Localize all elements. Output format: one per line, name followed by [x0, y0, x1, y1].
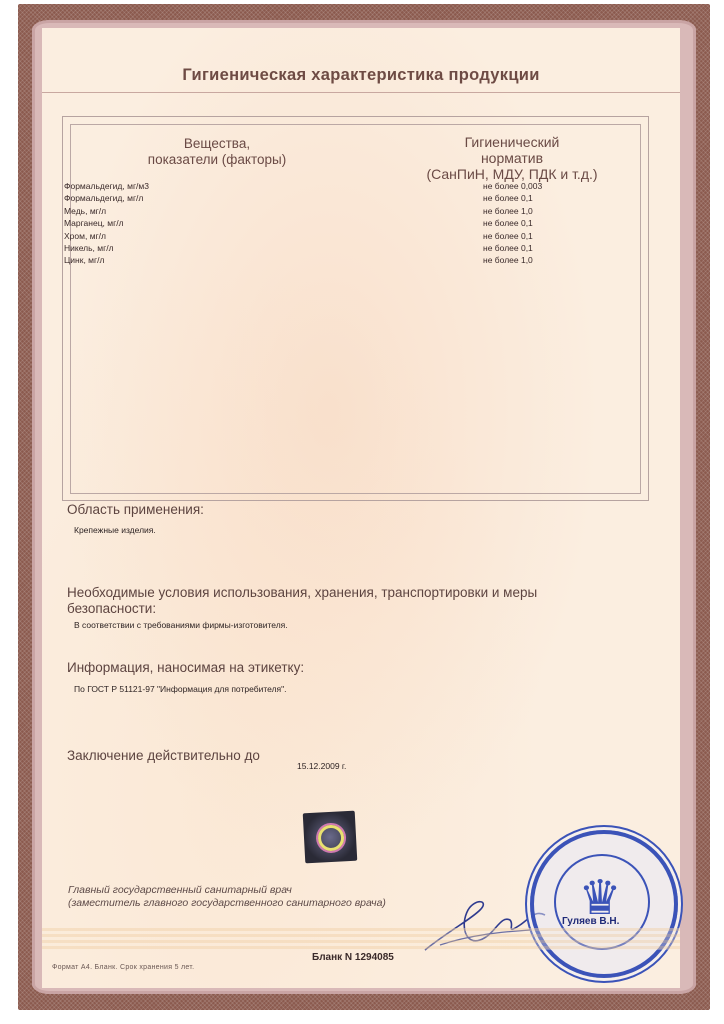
label-info-label: Информация, наносимая на этикетку: — [67, 660, 587, 676]
table-row-substance: Марганец, мг/л — [64, 217, 149, 229]
table-row-norm: не более 1,0 — [483, 205, 542, 217]
signer-title: Главный государственный санитарный врач … — [68, 884, 386, 910]
title-divider — [42, 92, 680, 93]
table-row-norm: не более 0,1 — [483, 217, 542, 229]
scope-value: Крепежные изделия. — [74, 525, 156, 535]
table-row-norm: не более 0,1 — [483, 230, 542, 242]
official-seal: ♛ — [530, 830, 678, 978]
validity-date: 15.12.2009 г. — [297, 761, 346, 771]
format-note: Формат А4. Бланк. Срок хранения 5 лет. — [52, 964, 194, 971]
table-row-norm: не более 0,003 — [483, 180, 542, 192]
signer-name: Гуляев В.Н. — [562, 916, 619, 927]
table-row-substance: Никель, мг/л — [64, 242, 149, 254]
norms-column: не более 0,003 не более 0,1 не более 1,0… — [483, 180, 542, 267]
table-row-norm: не более 1,0 — [483, 254, 542, 266]
substances-header: Вещества, показатели (факторы) — [102, 136, 332, 168]
certificate-page: Гигиеническая характеристика продукции В… — [42, 28, 680, 988]
conditions-label: Необходимые условия использования, хране… — [67, 585, 587, 617]
table-row-norm: не более 0,1 — [483, 242, 542, 254]
label-info-value: По ГОСТ Р 51121-97 "Информация для потре… — [74, 684, 287, 694]
table-row-substance: Хром, мг/л — [64, 230, 149, 242]
substances-column: Формальдегид, мг/м3 Формальдегид, мг/л М… — [64, 180, 149, 267]
scope-label: Область применения: — [67, 502, 587, 518]
table-row-substance: Цинк, мг/л — [64, 254, 149, 266]
hologram-logo-icon — [317, 824, 344, 851]
table-row-substance: Формальдегид, мг/м3 — [64, 180, 149, 192]
conditions-value: В соответствии с требованиями фирмы-изго… — [74, 620, 288, 630]
table-row-substance: Медь, мг/л — [64, 205, 149, 217]
table-row-norm: не более 0,1 — [483, 192, 542, 204]
table-row-substance: Формальдегид, мг/л — [64, 192, 149, 204]
decorative-band — [42, 928, 680, 950]
validity-label: Заключение действительно до — [67, 748, 307, 764]
hologram-sticker — [303, 811, 358, 864]
blank-number: Бланк N 1294085 — [312, 952, 394, 963]
norm-header: Гигиенический норматив (СанПиН, МДУ, ПДК… — [382, 134, 642, 182]
page-title: Гигиеническая характеристика продукции — [42, 66, 680, 85]
